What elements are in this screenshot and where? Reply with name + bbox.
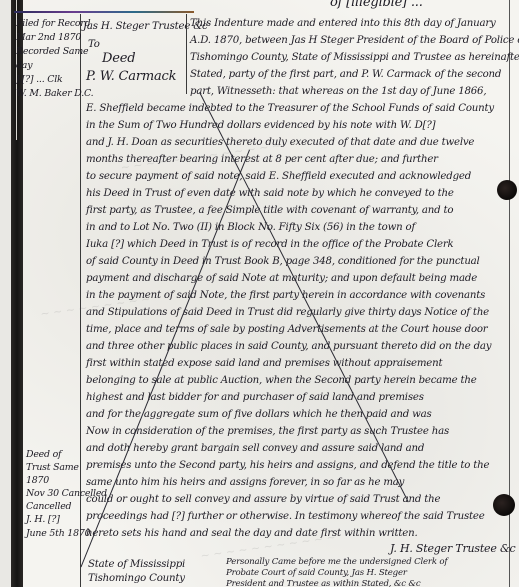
parties-to: To [88, 38, 100, 51]
body-line: time, place and terms of sale by posting… [86, 323, 487, 336]
body-line: to secure payment of said note, said E. … [86, 170, 471, 183]
body-line: his Deed in Trust of even date with said… [86, 187, 454, 200]
filing-note: Recorded Same [16, 45, 88, 58]
cancellation-note: Trust Same [26, 461, 79, 474]
instrument-type: Deed [102, 52, 135, 65]
body-line: belonging to sale at public Auction, whe… [86, 374, 477, 387]
filing-note: day [16, 59, 32, 72]
parties-box-divider [186, 14, 187, 94]
filing-note: W. M. Baker D.C. [16, 87, 93, 100]
body-line: hereto sets his hand and seal the day an… [86, 527, 418, 540]
body-line: part, Witnesseth: that whereas on the 1s… [190, 85, 486, 98]
document-scan: ~ ~ ~ ~ ~ ~ ~ ~ ~ ~ ~ ~ ~ ~ ~ ~ ~ ~ ~ ~ … [0, 0, 519, 587]
venue-county: Tishomingo County [88, 572, 185, 585]
body-line: E. Sheffield became indebted to the Trea… [86, 102, 494, 115]
body-line: Iuka [?] which Deed in Trust is of recor… [86, 238, 454, 251]
body-line: months thereafter bearing interest at 8 … [86, 153, 438, 166]
body-line: premises unto the Second party, his heir… [86, 459, 489, 472]
body-line: and Stipulations of said Deed in Trust d… [86, 306, 489, 319]
filing-note: J.[?] ... Clk [16, 73, 63, 86]
cancellation-note: Cancelled [26, 500, 71, 513]
body-line: could or ought to sell convey and assure… [86, 493, 440, 506]
body-line: same unto him his heirs and assigns fore… [86, 476, 404, 489]
filing-note: Filed for Record [16, 17, 90, 30]
body-line: and J. H. Doan as securities thereto dul… [86, 136, 474, 149]
grantor-name: Jas H. Steger Trustee &c [83, 20, 208, 33]
cancellation-note: Deed of [26, 448, 61, 461]
body-line: first party, as Trustee, a fee Simple ti… [86, 204, 453, 217]
body-line: in the Sum of Two Hundred dollars eviden… [86, 119, 435, 132]
ink-blot [493, 494, 515, 516]
venue-state: State of Mississippi [88, 558, 185, 571]
top-rule [14, 11, 194, 13]
body-line: Stated, party of the first part, and P. … [190, 68, 501, 81]
acknowledgment-line: President and Trustee as within Stated, … [226, 578, 420, 587]
body-line: proceedings had [?] further or otherwise… [86, 510, 485, 523]
cancellation-note: June 5th 1870 [26, 527, 90, 540]
body-line: highest and last bidder for and purchase… [86, 391, 424, 404]
header-fragment: of [illegible] ... [330, 0, 423, 9]
body-line: and three other public places in said Co… [86, 340, 491, 353]
cancellation-note: 1870 [26, 474, 49, 487]
filing-note: Mar 2nd 1870 [16, 31, 81, 44]
body-line: Tishomingo County, State of Mississippi … [190, 51, 519, 64]
body-line: and for the aggregate sum of five dollar… [86, 408, 432, 421]
trustee-signature: J. H. Steger Trustee &c [390, 542, 516, 555]
body-line: payment and discharge of said Note at ma… [86, 272, 477, 285]
body-line: A.D. 1870, between Jas H Steger Presiden… [190, 34, 519, 47]
cancellation-note: J. H. [?] [26, 513, 60, 526]
body-line: in the payment of said Note, the first p… [86, 289, 485, 302]
body-line: and doth hereby grant bargain sell conve… [86, 442, 424, 455]
grantee-name: P. W. Carmack [86, 70, 176, 83]
body-line: Now in consideration of the premises, th… [86, 425, 449, 438]
body-line: This Indenture made and entered into thi… [190, 17, 496, 30]
ink-blot [497, 180, 517, 200]
body-line: in and to Lot No. Two (II) in Block No. … [86, 221, 415, 234]
body-line: first within stated expose said land and… [86, 357, 442, 370]
